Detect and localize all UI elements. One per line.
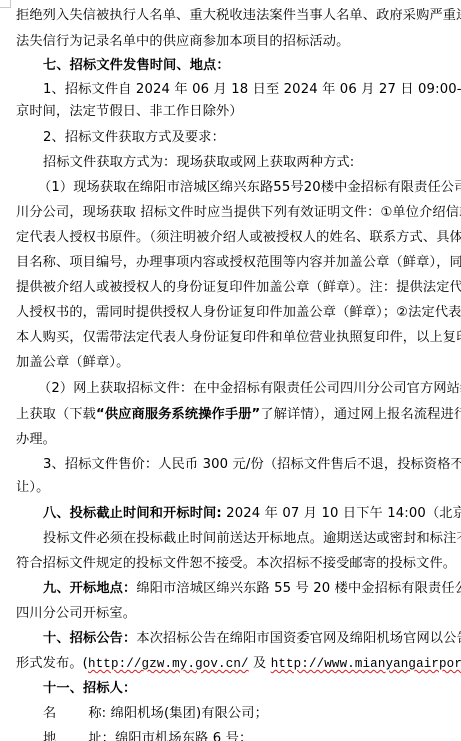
tenderer-address-row: 地址：绵阳市机场东路 6 号； [43,731,252,741]
page-corner-mark [0,0,11,8]
tenderer-name-row: 名称: 绵阳机场(集团)有限公司； [43,706,268,722]
section10-value: 本次招标公告在绵阳市国资委官网及绵阳机场官网以公告 [136,631,461,646]
section9-line-2: 四川分公司开标室。 [16,606,136,622]
tenderer-address: 绵阳市机场东路 6 号； [115,731,252,741]
onsite-line-1: （1）现场获取在绵阳市涪城区绵兴东路55号20楼中金招标有限责任公司四 [38,180,461,196]
section10-heading: 十、招标公告： [43,631,136,646]
online-line-2-pre: 上获取（下载 [16,407,96,422]
section11-heading: 十一、招标人： [43,681,136,697]
url-gzw[interactable]: http://gzw.my.gov.cn/ [88,657,249,671]
section9-value: 绵阳市涪城区绵兴东路 55 号 20 楼中金招标有限责任公司 [136,581,461,596]
onsite-line-8: 加盖公章（鲜章）。 [16,355,129,371]
item3-line-1: 3、招标文件售价：人民币 300 元/份（招标文件售后不退，投标资格不能转 [43,457,461,473]
section7-item2-heading: 2、招标文件获取方式及要求： [43,130,225,146]
tenderer-name: 绵阳机场(集团)有限公司； [111,706,268,721]
section7-item1-line1: 1、招标文件自 2024 年 06 月 18 日至 2024 年 06 月 27… [43,82,461,98]
section9-heading: 九、开标地点： [43,581,136,596]
onsite-line-2: 川分公司，现场获取 招标文件时应当提供下列有效证明文件：①单位介绍信或法 [16,205,461,221]
onsite-line-3: 定代表人授权书原件。（须注明被介绍人或被授权人的姓名、联系方式、具体项 [16,230,461,246]
name-label-b: 称: [88,706,106,721]
intro-line-1: 拒绝列入失信被执行人名单、重大税收违法案件当事人名单、政府采购严重违 [16,8,461,24]
onsite-line-4: 目名称、项目编号，办理事项内容或授权范围等内容并加盖公章（鲜章），同时 [16,255,461,271]
online-line-1: （2）网上获取招标文件：在中金招标有限责任公司四川分公司官方网站线 [38,381,461,397]
addr-label-b: 址： [88,731,115,741]
onsite-line-6: 人授权书的，需同时提供授权人身份证复印件加盖公章（鲜章）；②法定代表人 [16,305,461,321]
section7-item1-line2: 京时间，法定节假日、非工作日除外） [16,104,243,120]
section8-line: 八、投标截止时间和开标时间: 2024 年 07 月 10 日下午 14:00（… [43,506,461,522]
online-line-3: 办理。 [16,432,56,448]
section8-value: 2024 年 07 月 10 日下午 14:00（北京时间）。 [222,506,461,521]
section10-line: 十、招标公告：本次招标公告在绵阳市国资委官网及绵阳机场官网以公告 [43,631,461,647]
section8-note-2: 符合招标文件规定的投标文件恕不接受。本次招标不接受邮寄的投标文件。 [16,556,456,572]
intro-line-2: 法失信行为记录名单中的供应商参加本项目的招标活动。 [16,34,349,50]
onsite-line-7: 本人购买，仅需带法定代表人身份证复印件和单位营业执照复印件，以上复印件 [16,330,461,346]
onsite-line-5: 提供被介绍人或被授权人的身份证复印件加盖公章（鲜章）。注：提供法定代表 [16,280,461,296]
section8-note-1: 投标文件必须在投标截止时间前送达开标地点。逾期送达或密封和标注不 [43,531,461,547]
addr-label-a: 地 [43,731,56,741]
section10-line2-pre: 形式发布。( [16,656,88,671]
section9-line: 九、开标地点：绵阳市涪城区绵兴东路 55 号 20 楼中金招标有限责任公司 [43,581,461,597]
section8-heading: 八、投标截止时间和开标时间: [43,506,222,521]
url-airport[interactable]: http://www.mianyangairport.com [271,657,461,671]
section10-line-2: 形式发布。(http://gzw.my.gov.cn/ 及 http://www… [16,656,461,672]
online-line-2-post: 了解详情），通过网上报名流程进行 [260,407,461,422]
online-line-2: 上获取（下载“供应商服务系统操作手册”了解详情），通过网上报名流程进行 [16,407,461,423]
section10-line2-mid: 及 [249,656,271,671]
manual-title: “供应商服务系统操作手册” [96,407,260,422]
section7-heading: 七、招标文件发售时间、地点： [43,58,230,74]
section7-item2-method: 招标文件获取方式为：现场获取或网上获取两种方式: [43,155,354,171]
item3-line-2: 让）。 [16,480,49,496]
name-label-a: 名 [43,706,56,721]
